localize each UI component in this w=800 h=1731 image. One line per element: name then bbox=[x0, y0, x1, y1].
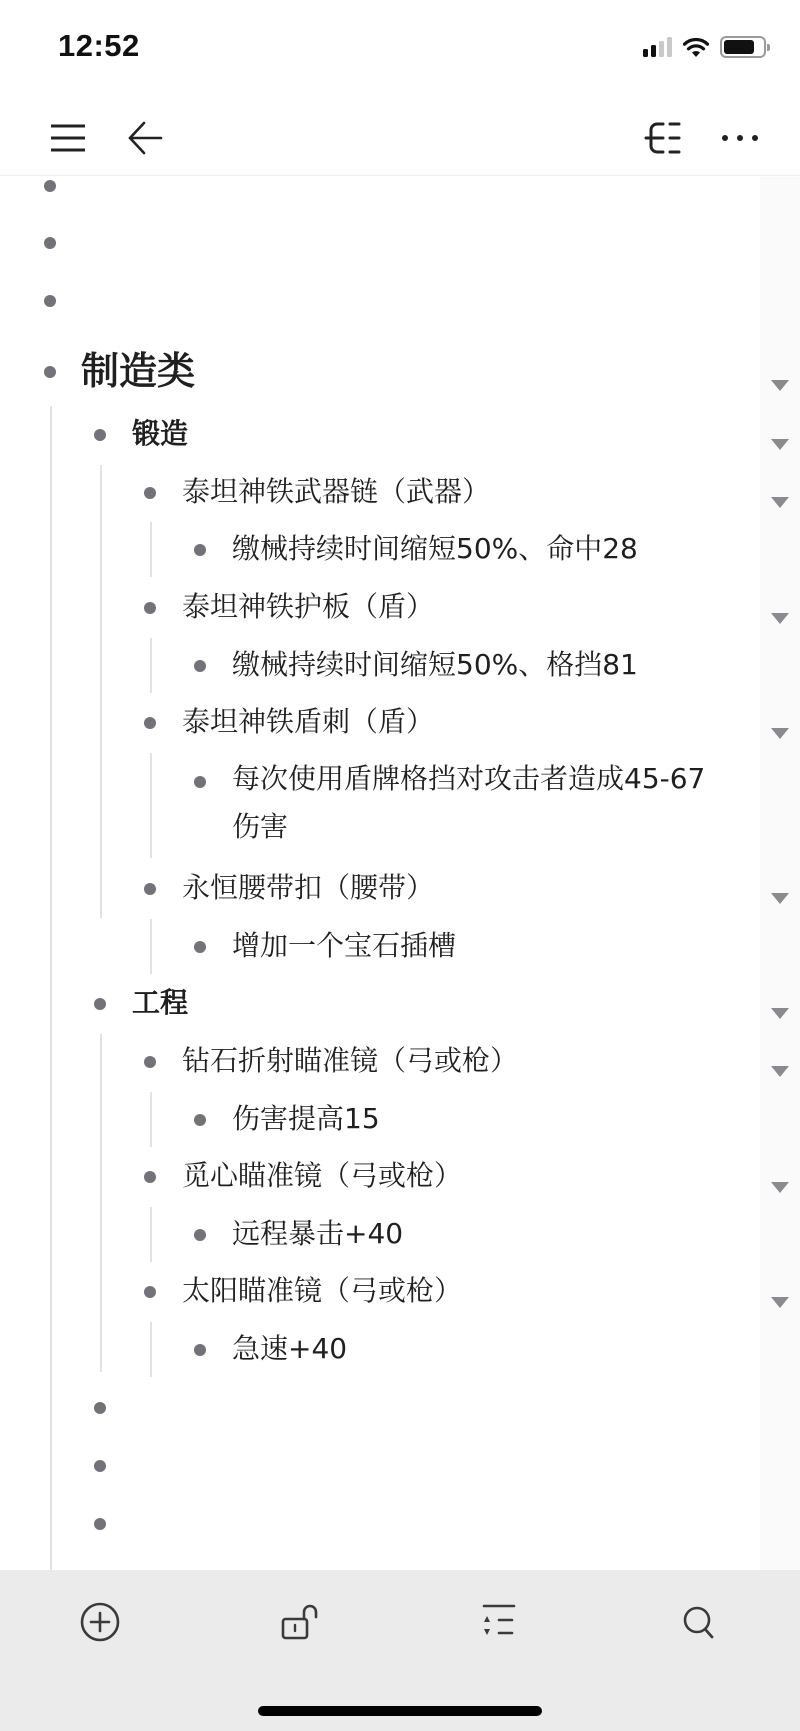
outline-node[interactable] bbox=[0, 1382, 760, 1432]
node-bullet[interactable] bbox=[94, 998, 106, 1010]
collapse-toggle[interactable] bbox=[771, 893, 789, 904]
node-bullet[interactable] bbox=[94, 1518, 106, 1530]
outline-node[interactable]: 工程 bbox=[0, 978, 760, 1028]
outline-node[interactable] bbox=[0, 177, 760, 214]
node-text[interactable]: 缴械持续时间缩短50%、命中28 bbox=[232, 526, 638, 572]
outline-node[interactable] bbox=[0, 217, 760, 273]
status-icons bbox=[643, 36, 766, 58]
node-bullet[interactable] bbox=[194, 776, 206, 788]
collapse-toggle[interactable] bbox=[771, 613, 789, 624]
outline-node[interactable] bbox=[0, 1498, 760, 1548]
add-node-button[interactable] bbox=[68, 1590, 132, 1654]
collapse-toggle[interactable] bbox=[771, 439, 789, 450]
expand-collapse-button[interactable] bbox=[467, 1590, 531, 1654]
node-bullet[interactable] bbox=[144, 1056, 156, 1068]
outline-node[interactable]: 缴械持续时间缩短50%、格挡81 bbox=[0, 640, 760, 690]
back-button[interactable] bbox=[121, 114, 169, 162]
outline-node[interactable]: 制造类 bbox=[0, 341, 760, 401]
collapse-toggle[interactable] bbox=[771, 1182, 789, 1193]
wifi-icon bbox=[682, 36, 710, 58]
node-bullet[interactable] bbox=[194, 1344, 206, 1356]
node-bullet[interactable] bbox=[194, 1114, 206, 1126]
top-toolbar bbox=[0, 100, 800, 176]
search-button[interactable] bbox=[667, 1590, 731, 1654]
outline-node[interactable]: 钻石折射瞄准镜（弓或枪） bbox=[0, 1036, 760, 1086]
outline-node[interactable]: 增加一个宝石插槽 bbox=[0, 921, 760, 971]
node-bullet[interactable] bbox=[144, 717, 156, 729]
node-text[interactable]: 工程 bbox=[132, 980, 188, 1026]
hamburger-menu-icon bbox=[50, 123, 86, 153]
collapse-toggle[interactable] bbox=[771, 380, 789, 391]
node-text[interactable]: 永恒腰带扣（腰带） bbox=[182, 865, 434, 911]
node-text[interactable]: 增加一个宝石插槽 bbox=[232, 923, 456, 969]
cellular-signal-icon bbox=[643, 37, 672, 57]
node-bullet[interactable] bbox=[144, 883, 156, 895]
plus-circle-icon bbox=[80, 1602, 120, 1642]
collapse-toggle[interactable] bbox=[771, 497, 789, 508]
node-bullet[interactable] bbox=[144, 602, 156, 614]
status-time: 12:52 bbox=[58, 28, 140, 64]
battery-icon bbox=[720, 36, 766, 58]
mindmap-view-button[interactable] bbox=[639, 114, 687, 162]
node-text[interactable]: 每次使用盾牌格挡对攻击者造成45-67伤害 bbox=[232, 755, 732, 851]
more-button[interactable] bbox=[716, 114, 764, 162]
node-bullet[interactable] bbox=[144, 1171, 156, 1183]
collapse-toggle[interactable] bbox=[771, 1066, 789, 1077]
node-bullet[interactable] bbox=[94, 429, 106, 441]
mindmap-icon bbox=[643, 121, 683, 155]
arrow-left-icon bbox=[127, 121, 163, 155]
collapse-toggle[interactable] bbox=[771, 728, 789, 739]
node-bullet[interactable] bbox=[44, 366, 56, 378]
node-text[interactable]: 泰坦神铁护板（盾） bbox=[182, 584, 434, 630]
node-text[interactable]: 锻造 bbox=[132, 411, 188, 457]
outline-node[interactable] bbox=[0, 1440, 760, 1490]
outline-editor[interactable]: 制造类 锻造 泰坦神铁武器链（武器） 缴械持续时间缩短50%、命中28 泰坦神铁… bbox=[0, 177, 800, 1570]
unlock-icon bbox=[280, 1602, 320, 1642]
node-text[interactable]: 泰坦神铁武器链（武器） bbox=[182, 469, 490, 515]
outline-node[interactable]: 伤害提高15 bbox=[0, 1094, 760, 1144]
node-text[interactable]: 太阳瞄准镜（弓或枪） bbox=[182, 1268, 462, 1314]
node-bullet[interactable] bbox=[144, 1286, 156, 1298]
collapse-toggle[interactable] bbox=[771, 1297, 789, 1308]
node-text[interactable]: 制造类 bbox=[81, 343, 195, 399]
outline-node[interactable]: 远程暴击+40 bbox=[0, 1209, 760, 1259]
node-text[interactable]: 远程暴击+40 bbox=[232, 1211, 403, 1257]
search-icon bbox=[679, 1602, 719, 1642]
node-bullet[interactable] bbox=[194, 1229, 206, 1241]
node-bullet[interactable] bbox=[94, 1402, 106, 1414]
node-bullet[interactable] bbox=[94, 1460, 106, 1472]
node-bullet[interactable] bbox=[44, 180, 56, 192]
collapse-toggle[interactable] bbox=[771, 1008, 789, 1019]
node-text[interactable]: 急速+40 bbox=[232, 1326, 347, 1372]
outline-node[interactable]: 锻造 bbox=[0, 409, 760, 459]
node-text[interactable]: 缴械持续时间缩短50%、格挡81 bbox=[232, 642, 638, 688]
outline-node[interactable]: 急速+40 bbox=[0, 1324, 760, 1374]
outline-node[interactable]: 泰坦神铁护板（盾） bbox=[0, 582, 760, 632]
node-bullet[interactable] bbox=[44, 295, 56, 307]
node-bullet[interactable] bbox=[194, 660, 206, 672]
outline-node[interactable]: 永恒腰带扣（腰带） bbox=[0, 863, 760, 913]
more-horizontal-icon bbox=[721, 133, 759, 143]
outline-node[interactable]: 泰坦神铁盾刺（盾） bbox=[0, 697, 760, 747]
outline-node[interactable]: 每次使用盾牌格挡对攻击者造成45-67伤害 bbox=[0, 755, 760, 855]
node-bullet[interactable] bbox=[144, 487, 156, 499]
outline-node[interactable]: 缴械持续时间缩短50%、命中28 bbox=[0, 524, 760, 574]
outline-node[interactable]: 太阳瞄准镜（弓或枪） bbox=[0, 1266, 760, 1316]
node-text[interactable]: 钻石折射瞄准镜（弓或枪） bbox=[182, 1038, 518, 1084]
node-bullet[interactable] bbox=[194, 544, 206, 556]
outline-node[interactable] bbox=[0, 275, 760, 331]
home-indicator[interactable] bbox=[258, 1706, 542, 1716]
node-text[interactable]: 泰坦神铁盾刺（盾） bbox=[182, 699, 434, 745]
outline-node[interactable]: 觅心瞄准镜（弓或枪） bbox=[0, 1151, 760, 1201]
status-bar: 12:52 bbox=[0, 0, 800, 90]
node-text[interactable]: 伤害提高15 bbox=[232, 1096, 380, 1142]
menu-button[interactable] bbox=[44, 114, 92, 162]
outline-node[interactable]: 泰坦神铁武器链（武器） bbox=[0, 467, 760, 517]
node-bullet[interactable] bbox=[194, 941, 206, 953]
expand-collapse-icon bbox=[479, 1602, 519, 1642]
lock-button[interactable] bbox=[268, 1590, 332, 1654]
node-bullet[interactable] bbox=[44, 237, 56, 249]
node-text[interactable]: 觅心瞄准镜（弓或枪） bbox=[182, 1153, 462, 1199]
